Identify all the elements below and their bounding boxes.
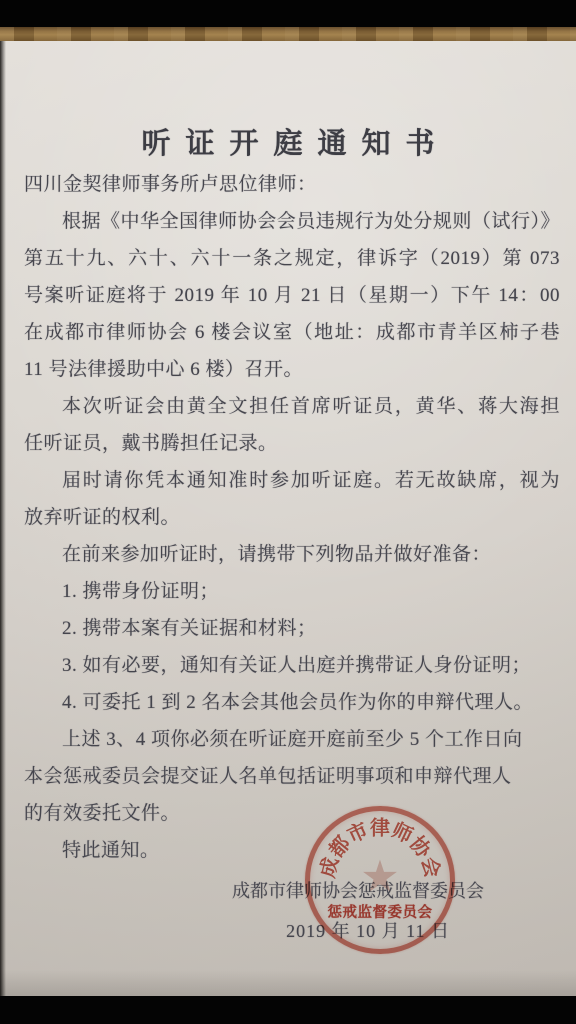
page-title: 听证开庭通知书 (0, 122, 576, 166)
paper-left-shadow (0, 40, 6, 996)
wooden-desk-edge (0, 27, 576, 41)
letterbox-bottom (0, 996, 576, 1024)
photo-background: 听证开庭通知书 四川金契律师事务所卢思位律师： 根据《中华全国律师协会会员违规行… (0, 0, 576, 1024)
doc-line: 号案听证庭将于 2019 年 10 月 21 日（星期一）下午 14：00 (0, 277, 576, 314)
letterbox-top (0, 0, 576, 27)
signature-committee: 成都市律师协会惩戒监督委员会 (0, 871, 576, 911)
doc-line: 11 号法律援助中心 6 楼）召开。 (0, 351, 576, 388)
doc-list-item: 4. 可委托 1 到 2 名本会其他会员作为你的申辩代理人。 (0, 684, 576, 721)
doc-line: 上述 3、4 项你必须在听证庭开庭前至少 5 个工作日向 (0, 721, 576, 758)
doc-line: 本会惩戒委员会提交证人名单包括证明事项和申辩代理人 (0, 758, 576, 795)
notice-text: 听证开庭通知书 四川金契律师事务所卢思位律师： 根据《中华全国律师协会会员违规行… (0, 40, 576, 951)
doc-line: 根据《中华全国律师协会会员违规行为处分规则（试行）》 (0, 203, 576, 240)
doc-line: 任听证员，戴书腾担任记录。 (0, 425, 576, 462)
doc-line: 本次听证会由黄全文担任首席听证员，黄华、蒋大海担 (0, 388, 576, 425)
doc-line: 第五十九、六十、六十一条之规定，律诉字（2019）第 073 (0, 240, 576, 277)
signature-date: 2019 年 10 月 11 日 (0, 911, 576, 951)
doc-line: 的有效委托文件。 (0, 795, 576, 832)
doc-line: 放弃听证的权利。 (0, 499, 576, 536)
doc-list-item: 3. 如有必要，通知有关证人出庭并携带证人身份证明； (0, 647, 576, 684)
doc-line: 在前来参加听证时，请携带下列物品并做好准备： (0, 536, 576, 573)
doc-list-item: 1. 携带身份证明； (0, 573, 576, 610)
doc-line-addressee: 四川金契律师事务所卢思位律师： (0, 166, 576, 203)
doc-line: 在成都市律师协会 6 楼会议室（地址：成都市青羊区柿子巷 (0, 314, 576, 351)
doc-line-closing: 特此通知。 (0, 832, 576, 869)
doc-line: 届时请你凭本通知准时参加听证庭。若无故缺席，视为 (0, 462, 576, 499)
doc-list-item: 2. 携带本案有关证据和材料； (0, 610, 576, 647)
